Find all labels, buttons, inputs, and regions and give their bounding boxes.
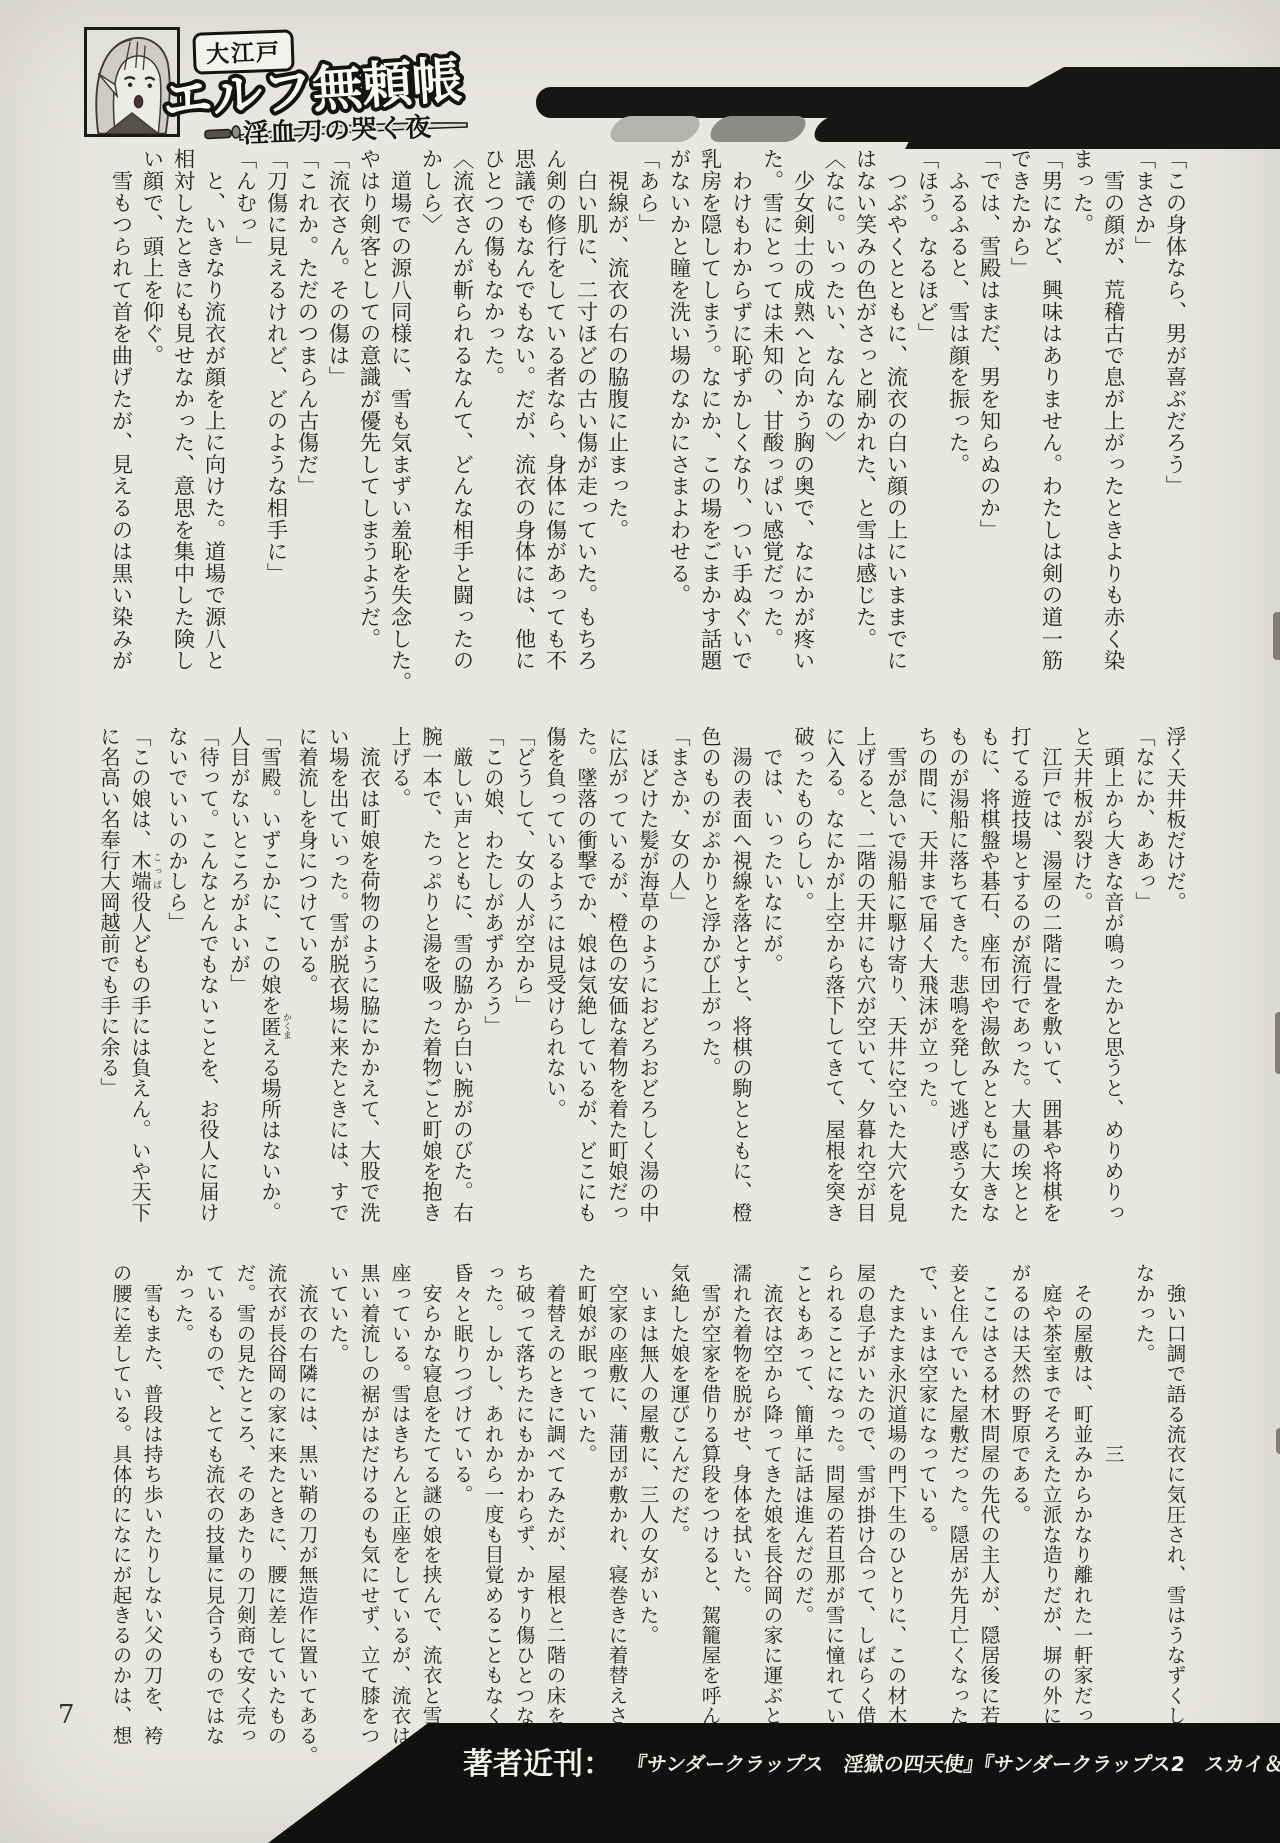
text-band-middle: 浮く天井板だけだ。「なにか、ああっ」 頭上から大きな音が鳴ったかと思うと、めりめ… bbox=[93, 726, 1190, 1218]
text-column: 雪もまた、普段は持ち歩いたりしない父の刀を、袴 bbox=[136, 1263, 167, 1763]
text-column: もに、将棋盤や碁石、座布団や湯飲みとともに大きな bbox=[973, 726, 1004, 1218]
text-column: た。雪にとっては未知の、甘酸っぱい感覚だった。 bbox=[756, 148, 787, 673]
scan-edge-smudge bbox=[1273, 612, 1280, 660]
text-column: の腰に差している。具体的になにが起きるのかは、想 bbox=[105, 1263, 136, 1763]
text-column: 流衣は空から降ってきた娘を長谷岡の家に運ぶと、 bbox=[756, 1263, 787, 1763]
text-column: に広がっているが、橙色の安価な着物を着た町娘だっ bbox=[601, 726, 632, 1218]
text-column: 「この娘、わたしがあずかろう」 bbox=[477, 726, 508, 1218]
text-column: 「この身体なら、男が喜ぶだろう」 bbox=[1159, 148, 1190, 673]
text-column: 三 bbox=[1097, 1263, 1128, 1763]
text-column: 屋の息子がいたので、雪が掛け合って、しばらく借り bbox=[849, 1263, 880, 1763]
text-column: 雪が急いで湯船に駆け寄り、天井に空いた大穴を見 bbox=[880, 726, 911, 1218]
text-column: 黒い着流しの裾がはだけるのも気にせず、立て膝をつ bbox=[353, 1263, 384, 1763]
text-column: 庭や茶室までそろえた立派な造りだが、塀の外に広 bbox=[1035, 1263, 1066, 1763]
text-column: 流衣の右隣には、黒い鞘の刀が無造作に置いてある。 bbox=[291, 1263, 322, 1763]
text-column: ほどけた髪が海草のようにおどろおどろしく湯の中 bbox=[632, 726, 663, 1218]
text-column: では、いったいなにが。 bbox=[756, 726, 787, 1218]
text-column: 着替えのときに調べてみたが、屋根と二階の床を打 bbox=[539, 1263, 570, 1763]
text-column: 「では、雪殿はまだ、男を知らぬのか」 bbox=[973, 148, 1004, 673]
text-column: ひとつの傷もなかった。 bbox=[477, 148, 508, 673]
text-column: 「あら」 bbox=[632, 148, 663, 673]
text-column: いていた。 bbox=[322, 1263, 353, 1763]
text-column: 厳しい声とともに、雪の脇から白い腕がのびた。右 bbox=[446, 726, 477, 1218]
text-column: いまは無人の屋敷に、三人の女がいた。 bbox=[632, 1263, 663, 1763]
text-column: こともあって、簡単に話は進んだのだ。 bbox=[787, 1263, 818, 1763]
text-column: に着流しを身につけている。 bbox=[291, 726, 322, 1218]
text-column: ち破って落ちたにもかかわらず、かすり傷ひとつなか bbox=[508, 1263, 539, 1763]
text-column: 座っている。雪はきちんと正座をしているが、流衣は bbox=[384, 1263, 415, 1763]
text-column: 雪が空家を借りる算段をつけると、駕籠屋を呼んで、 bbox=[694, 1263, 725, 1763]
text-column: られることになった。問屋の若旦那が雪に憧れていた bbox=[818, 1263, 849, 1763]
text-column: 昏々と眠りつづけている。 bbox=[446, 1263, 477, 1763]
text-column: 「この娘は、木端こっぱ役人どもの手には負えん。いや天下 bbox=[124, 726, 161, 1218]
text-column: つぶやくとともに、流衣の白い顔の上にいままでに bbox=[880, 148, 911, 673]
text-column: 傷を負っているようには見受けられない。 bbox=[539, 726, 570, 1218]
deco-pill-mid bbox=[706, 116, 811, 142]
text-band-top: 「この身体なら、男が喜ぶだろう」「まさか」 雪の顔が、荒稽古で息が上がったときよ… bbox=[105, 148, 1190, 673]
footer-book-titles: 『サンダークラップス 淫獄の四天使』『サンダークラップス2 スカイ＆シャドウ』 bbox=[625, 1748, 1280, 1777]
text-column: できたから」 bbox=[1004, 148, 1035, 673]
text-column: 〈なに。いったい、なんなの〉 bbox=[818, 148, 849, 673]
text-column: ているもので、とても流衣の技量に見合うものではな bbox=[198, 1263, 229, 1763]
text-column: 視線が、流衣の右の脇腹に止まった。 bbox=[601, 148, 632, 673]
text-column: 〈流衣さんが斬られるなんて、どんな相手と闘ったの bbox=[446, 148, 477, 673]
text-column: 流衣が長谷岡の家に来たときに、腰に差していたもの bbox=[260, 1263, 291, 1763]
text-column: 打てる遊技場とするのが流行であった。大量の埃とと bbox=[1004, 726, 1035, 1218]
text-column: わけもわからずに恥ずかしくなり、つい手ぬぐいで bbox=[725, 148, 756, 673]
text-column: 流衣は町娘を荷物のように脇にかかえて、大股で洗 bbox=[353, 726, 384, 1218]
text-column: 「ほう。なるほど」 bbox=[911, 148, 942, 673]
text-column: 浮く天井板だけだ。 bbox=[1159, 726, 1190, 1218]
text-column: だ。雪の見たところ、そのあたりの刀剣商で安く売っ bbox=[229, 1263, 260, 1763]
text-column: 「雪殿。いずこかに、この娘を匿かくまえる場所はないか。 bbox=[254, 726, 291, 1218]
scan-edge-smudge bbox=[1275, 1012, 1280, 1074]
text-column: 強い口調で語る流衣に気圧され、雪はうなずくしか bbox=[1159, 1263, 1190, 1763]
text-column: 腕一本で、たっぷりと湯を吸った着物ごと町娘を抱き bbox=[415, 726, 446, 1218]
page-number: 7 bbox=[58, 1700, 75, 1730]
text-column: 上げると、二階の天井にも穴が空いて、夕暮れ空が目 bbox=[849, 726, 880, 1218]
text-column: 「どうして、女の人が空から」 bbox=[508, 726, 539, 1218]
text-column: に入る。なにかが上空から落下してきて、屋根を突き bbox=[818, 726, 849, 1218]
text-column: まった。 bbox=[1066, 148, 1097, 673]
text-column: やはり剣客としての意識が優先してしまうようだ。 bbox=[353, 148, 384, 673]
text-column: 上げる。 bbox=[384, 726, 415, 1218]
text-column: その屋敷は、町並みからかなり離れた一軒家だった。 bbox=[1066, 1263, 1097, 1763]
text-column: 雪の顔が、荒稽古で息が上がったときよりも赤く染 bbox=[1097, 148, 1128, 673]
footer-label: 著者近刊： bbox=[463, 1739, 613, 1783]
text-column: ちの間に、天井まで届く大飛沫が立った。 bbox=[911, 726, 942, 1218]
text-column: なかった。 bbox=[1128, 1263, 1159, 1763]
text-column: がるのは天然の野原である。 bbox=[1004, 1263, 1035, 1763]
text-column: 「男になど、興味はありません。わたしは剣の道一筋 bbox=[1035, 148, 1066, 673]
text-column: た。墜落の衝撃でか、娘は気絶しているが、どこにも bbox=[570, 726, 601, 1218]
text-column: 江戸では、湯屋の二階に畳を敷いて、囲碁や将棋を bbox=[1035, 726, 1066, 1218]
text-column: 少女剣士の成熟へと向かう胸の奥で、なにかが疼い bbox=[787, 148, 818, 673]
text-column: 頭上から大きな音が鳴ったかと思うと、めりめりっ bbox=[1097, 726, 1128, 1218]
text-column: 濡れた着物を脱がせ、身体を拭いた。 bbox=[725, 1263, 756, 1763]
text-column: たまたま永沢道場の門下生のひとりに、この材木問 bbox=[880, 1263, 911, 1763]
text-column: ないでいいのかしら」 bbox=[161, 726, 192, 1218]
text-column: 「待って。こんなとんでもないことを、お役人に届け bbox=[192, 726, 223, 1218]
deco-lower-bar bbox=[905, 118, 1280, 149]
text-column: 白い肌に、二寸ほどの古い傷が走っていた。もちろ bbox=[570, 148, 601, 673]
text-column: 安らかな寝息をたてる謎の娘を挟んで、流衣と雪が bbox=[415, 1263, 446, 1763]
text-column: 道場での源八同様に、雪も気まずい羞恥を失念した。 bbox=[384, 148, 415, 673]
scanned-book-page: { "page": { "number": "7", "paper_color"… bbox=[0, 0, 1280, 1843]
text-column: ん剣の修行をしている者なら、身体に傷があっても不 bbox=[539, 148, 570, 673]
text-column: に名高い名奉行大岡越前でも手に余る」 bbox=[93, 726, 124, 1218]
text-band-bottom: 強い口調で語る流衣に気圧され、雪はうなずくしかなかった。 三 その屋敷は、町並み… bbox=[105, 1263, 1190, 1763]
text-column: 相対したときにも見せなかった、意思を集中した険し bbox=[167, 148, 198, 673]
text-column: 「んむっ」 bbox=[229, 148, 260, 673]
text-column: 「まさか」 bbox=[1128, 148, 1159, 673]
deco-pill-light bbox=[606, 116, 705, 142]
text-column: 気絶した娘を運びこんだのだ。 bbox=[663, 1263, 694, 1763]
footer-promo-bar: 著者近刊： 『サンダークラップス 淫獄の四天使』『サンダークラップス2 スカイ＆… bbox=[268, 1723, 1280, 1843]
text-column: ものが湯船に落ちてきた。悲鳴を発して逃げ惑う女た bbox=[942, 726, 973, 1218]
volume-subtitle: 淫血刀の哭く夜 bbox=[242, 107, 432, 151]
text-column: かしら〉 bbox=[415, 148, 446, 673]
text-column: 「流衣さん。その傷は」 bbox=[322, 148, 353, 673]
text-column: 思議でもなんでもない。だが、流衣の身体には、他に bbox=[508, 148, 539, 673]
text-column: った。しかし、あれから一度も目覚めることもなく、 bbox=[477, 1263, 508, 1763]
text-column: 妾と住んでいた屋敷だった。隠居が先月亡くなったの bbox=[942, 1263, 973, 1763]
text-column: で、いまは空家になっている。 bbox=[911, 1263, 942, 1763]
scan-edge-smudge bbox=[1276, 1428, 1280, 1454]
text-column: ふるふると、雪は顔を振った。 bbox=[942, 148, 973, 673]
text-column: い顔で、頭上を仰ぐ。 bbox=[136, 148, 167, 673]
text-column: 「刀傷に見えるけれど、どのような相手に」 bbox=[260, 148, 291, 673]
text-column: 雪もつられて首を曲げたが、見えるのは黒い染みが bbox=[105, 148, 136, 673]
text-column: ここはさる材木問屋の先代の主人が、隠居後に若い bbox=[973, 1263, 1004, 1763]
text-column: た町娘が眠っていた。 bbox=[570, 1263, 601, 1763]
text-column: 湯の表面へ視線を落とすと、将棋の駒とともに、橙 bbox=[725, 726, 756, 1218]
text-column: 人目がないところがよいが」 bbox=[223, 726, 254, 1218]
text-column: 色のものがぷかりと浮かび上がった。 bbox=[694, 726, 725, 1218]
text-column: 空家の座敷に、蒲団が敷かれ、寝巻きに着替えさせ bbox=[601, 1263, 632, 1763]
text-column: かった。 bbox=[167, 1263, 198, 1763]
text-column: がないかと瞳を洗い場のなかにさまよわせる。 bbox=[663, 148, 694, 673]
text-column: い場を出ていった。雪が脱衣場に来たときには、すで bbox=[322, 726, 353, 1218]
text-column: はない笑みの色がさっと刷かれた、と雪は感じた。 bbox=[849, 148, 880, 673]
text-column: 乳房を隠してしまう。なにか、この場をごまかす話題 bbox=[694, 148, 725, 673]
text-column: と、いきなり流衣が顔を上に向けた。道場で源八と bbox=[198, 148, 229, 673]
text-column: 「これか。ただのつまらん古傷だ」 bbox=[291, 148, 322, 673]
text-column: と天井板が裂けた。 bbox=[1066, 726, 1097, 1218]
text-column: 「まさか、女の人」 bbox=[663, 726, 694, 1218]
text-column: 「なにか、ああっ」 bbox=[1128, 726, 1159, 1218]
text-column: 破ったものらしい。 bbox=[787, 726, 818, 1218]
